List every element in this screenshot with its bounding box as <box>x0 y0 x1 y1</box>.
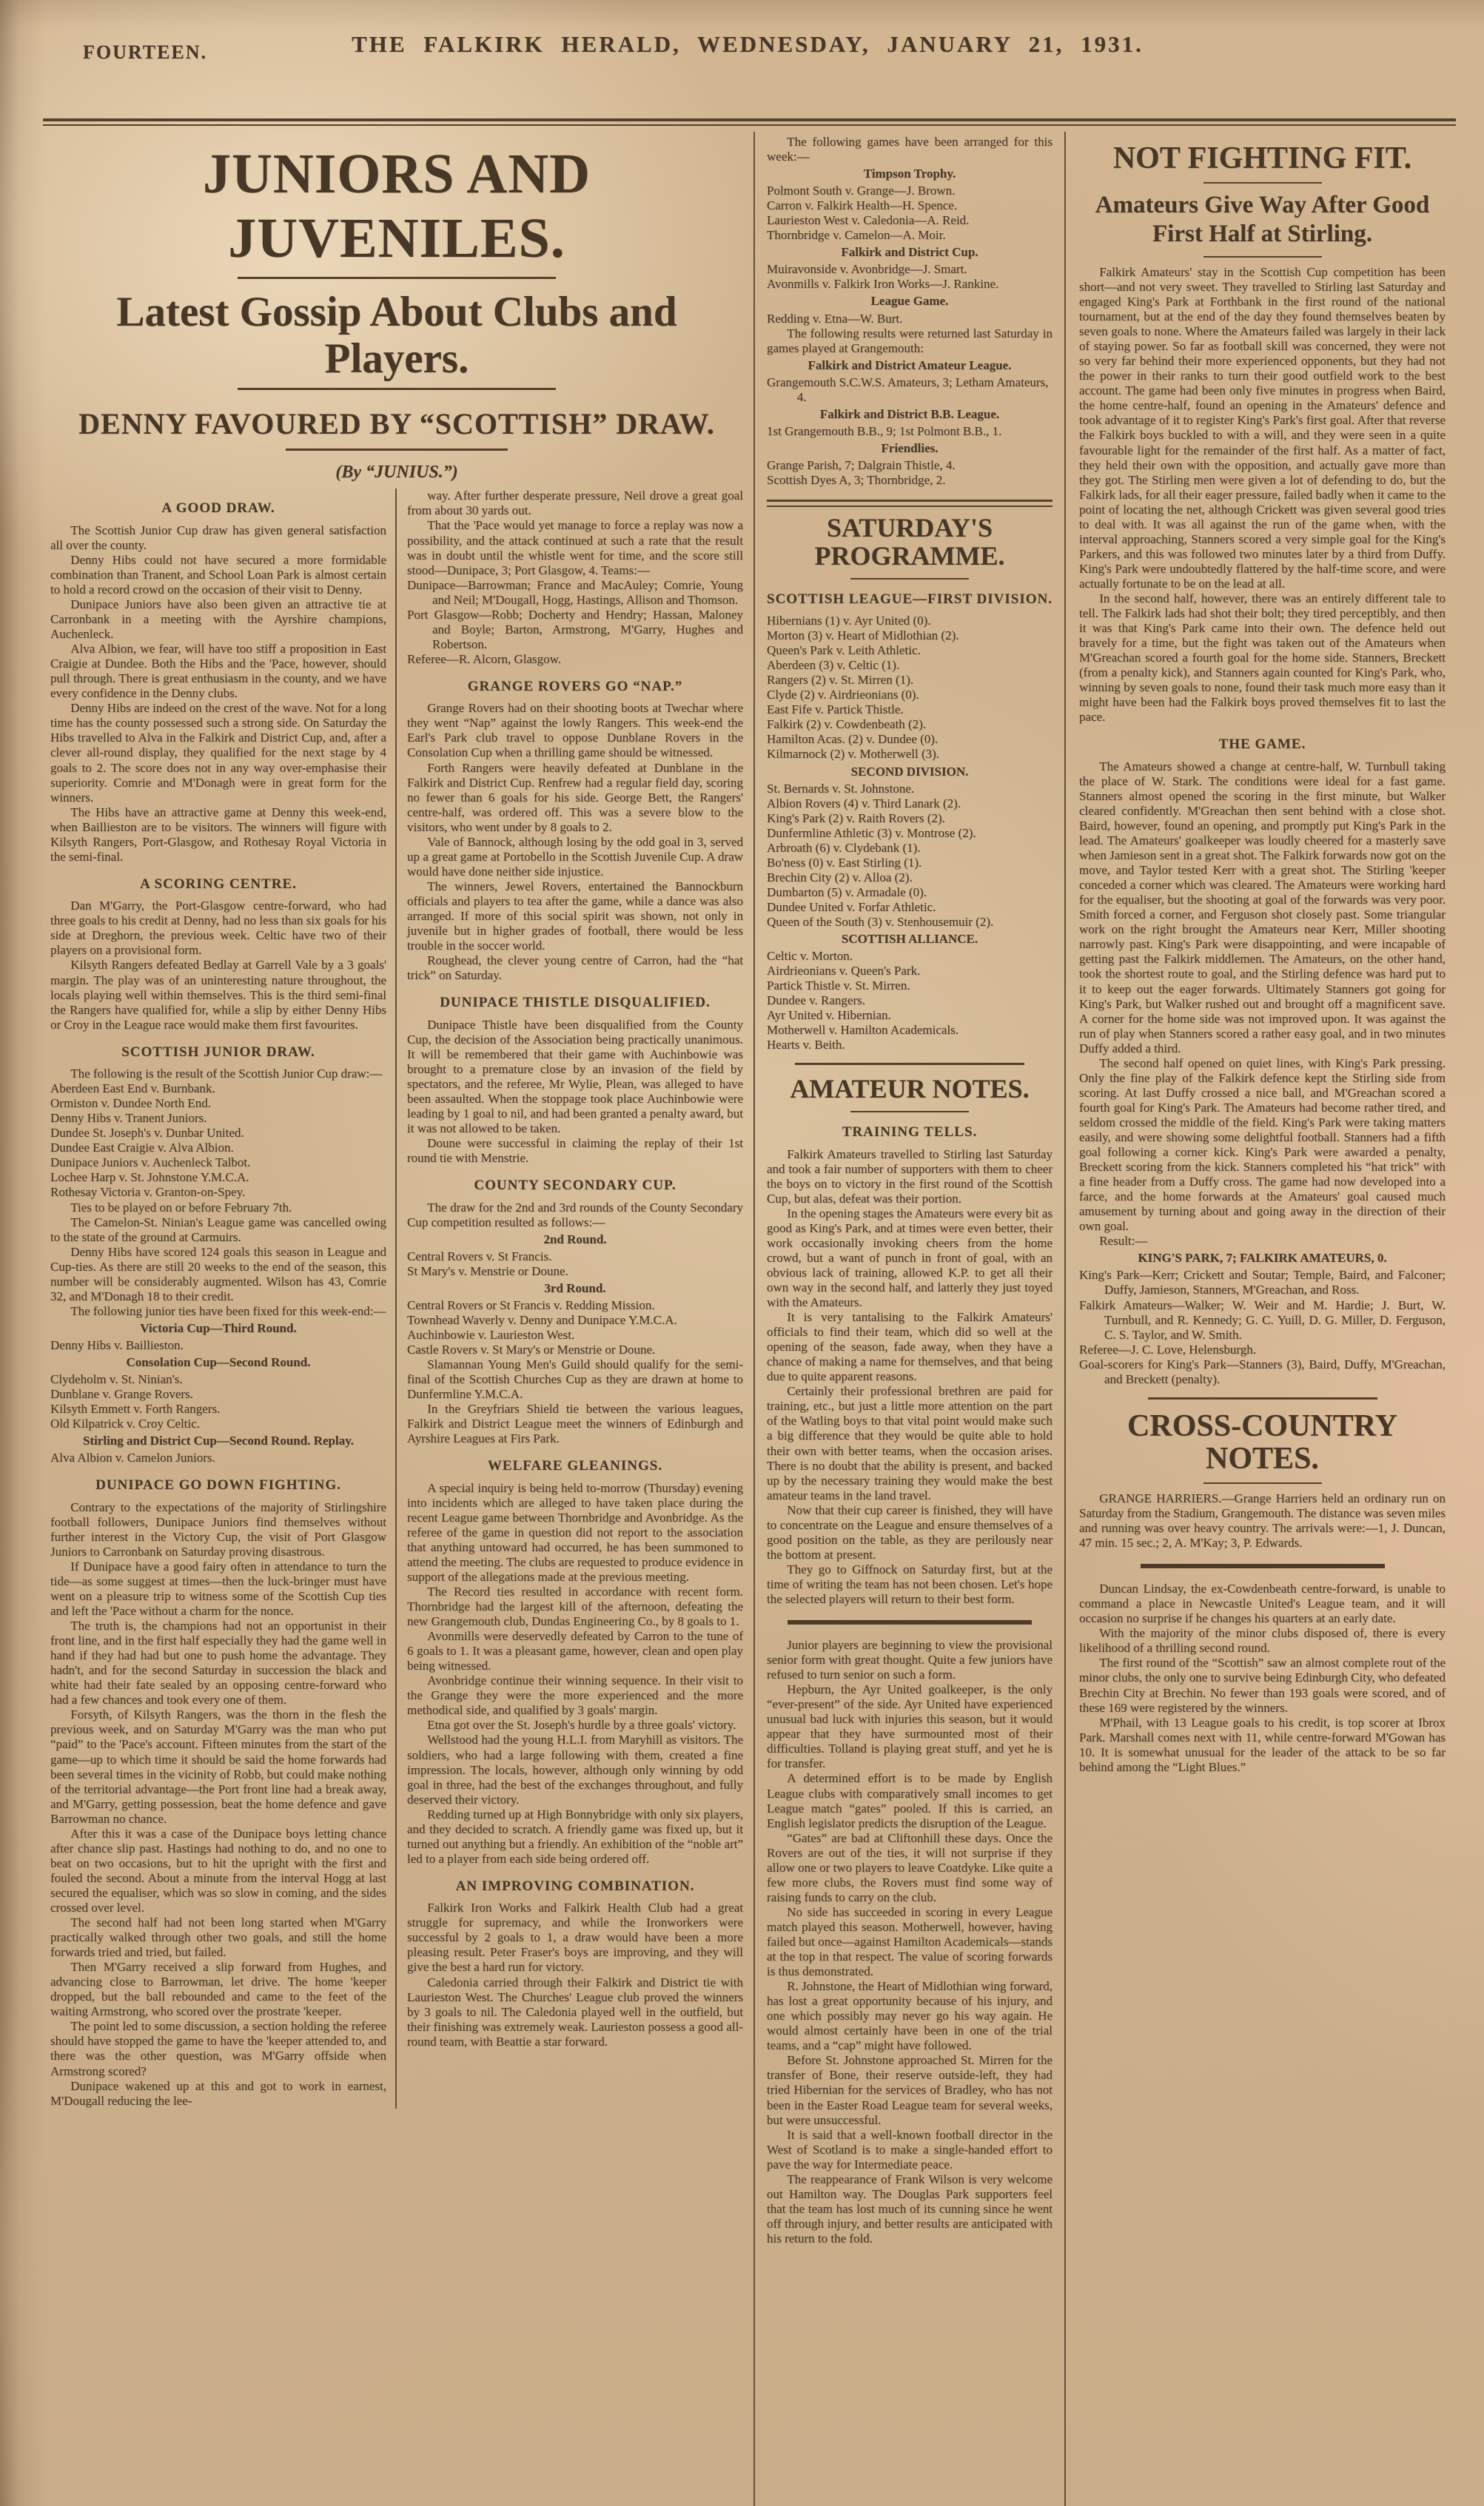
group-heading: Falkirk and District B.B. League. <box>767 407 1052 422</box>
fixture-line: Rothesay Victoria v. Granton-on-Spey. <box>50 1185 386 1200</box>
paragraph: Alva Albion, we fear, will have too stif… <box>50 642 386 701</box>
article-heading: SATURDAY'S PROGRAMME. <box>767 514 1052 571</box>
fixture-line: Dundee v. Rangers. <box>767 993 1052 1008</box>
section-subhead: SCOTTISH LEAGUE—FIRST DIVISION. <box>767 591 1052 608</box>
paragraph: Denny Hibs could not have secured a more… <box>50 553 386 597</box>
fixture-line: Celtic v. Morton. <box>767 949 1052 964</box>
team-line: Falkirk Amateurs—Walker; W. Weir and M. … <box>1079 1298 1446 1343</box>
paragraph: Vale of Bannock, although losing by the … <box>407 835 743 879</box>
paragraph: The draw for the 2nd and 3rd rounds of t… <box>407 1200 743 1230</box>
divider-rule <box>1203 256 1322 258</box>
paragraph: Falkirk Amateurs travelled to Stirling l… <box>767 1147 1052 1206</box>
section-subhead: TRAINING TELLS. <box>767 1124 1052 1141</box>
column-right: NOT FIGHTING FIT.Amateurs Give Way After… <box>1066 132 1448 2506</box>
group-heading: Stirling and District Cup—Second Round. … <box>50 1434 386 1448</box>
paragraph: The Record ties resulted in accordance w… <box>407 1585 743 1629</box>
paragraph: The following games have been arranged f… <box>767 135 1052 164</box>
divider-rule <box>1203 1482 1322 1484</box>
paragraph: Result:— <box>1079 1234 1446 1249</box>
team-line: Dunipace—Barrowman; France and MacAuley;… <box>407 578 743 608</box>
article-heading: CROSS-COUNTRY NOTES. <box>1079 1410 1446 1475</box>
column-left-1: A GOOD DRAW.The Scottish Junior Cup draw… <box>50 488 397 2108</box>
fixture-line: East Fife v. Partick Thistle. <box>767 702 1052 717</box>
newspaper-page: FOURTEEN. THE FALKIRK HERALD, WEDNESDAY,… <box>0 0 1484 2506</box>
section-subhead: SCOTTISH JUNIOR DRAW. <box>50 1044 386 1061</box>
paragraph: Falkirk Iron Works and Falkirk Health Cl… <box>407 1901 743 1975</box>
fixture-line: Clydeholm v. St. Ninian's. <box>50 1372 386 1387</box>
paragraph: Avonmills were deservedly defeated by Ca… <box>407 1629 743 1673</box>
paragraph: In the Greyfriars Shield tie between the… <box>407 1402 743 1446</box>
divider-rule <box>286 449 508 451</box>
team-line: Referee—R. Alcorn, Glasgow. <box>407 652 743 667</box>
lead-article-columns: A GOOD DRAW.The Scottish Junior Cup draw… <box>50 488 743 2108</box>
divider-rule <box>238 277 556 279</box>
fixture-line: Denny Hibs v. Baillieston. <box>50 1338 386 1353</box>
fixture-line: Motherwell v. Hamilton Academicals. <box>767 1023 1052 1038</box>
group-heading: SCOTTISH ALLIANCE. <box>767 932 1052 947</box>
paragraph: Hepburn, the Ayr United goalkeeper, is t… <box>767 1682 1052 1771</box>
paragraph: The following is the result of the Scott… <box>50 1066 386 1081</box>
group-heading: 2nd Round. <box>407 1232 743 1247</box>
paragraph: Now that their cup career is finished, t… <box>767 1503 1052 1562</box>
fixture-line: Denny Hibs v. Tranent Juniors. <box>50 1111 386 1126</box>
paragraph: Contrary to the expectations of the majo… <box>50 1500 386 1559</box>
section-subhead: AN IMPROVING COMBINATION. <box>407 1878 743 1895</box>
paragraph: way. After further desperate pressure, N… <box>407 488 743 518</box>
fixture-line: Muiravonside v. Avonbridge—J. Smart. <box>767 262 1052 277</box>
paragraph: Dan M'Garry, the Port-Glasgow centre-for… <box>50 898 386 958</box>
fixture-line: Airdrieonians v. Queen's Park. <box>767 964 1052 978</box>
fixture-line: Dundee United v. Forfar Athletic. <box>767 900 1052 915</box>
section-subhead: COUNTY SECONDARY CUP. <box>407 1178 743 1194</box>
lead-article-block: JUNIORS AND JUVENILES. Latest Gossip Abo… <box>50 132 755 2506</box>
fixture-line: Auchinbowie v. Laurieston West. <box>407 1328 743 1343</box>
paragraph: The second half had not been long starte… <box>50 1915 386 1960</box>
fixture-line: Bo'ness (0) v. East Stirling (1). <box>767 856 1052 870</box>
paragraph: Grange Rovers had on their shooting boot… <box>407 701 743 760</box>
fixture-line: 1st Grangemouth B.B., 9; 1st Polmont B.B… <box>767 424 1052 439</box>
fixture-line: Alva Albion v. Camelon Juniors. <box>50 1451 386 1465</box>
divider-rule <box>850 578 969 580</box>
group-heading: Consolation Cup—Second Round. <box>50 1355 386 1370</box>
paragraph: The Scottish Junior Cup draw has given g… <box>50 523 386 553</box>
team-line: Referee—J. C. Love, Helensburgh. <box>1079 1343 1446 1357</box>
fixture-line: Dumbarton (5) v. Armadale (0). <box>767 885 1052 900</box>
header-rule <box>43 118 1456 126</box>
paragraph: Redding turned up at High Bonnybridge wi… <box>407 1807 743 1867</box>
group-heading: SECOND DIVISION. <box>767 765 1052 779</box>
paragraph: The truth is, the champions had not an o… <box>50 1619 386 1707</box>
paragraph: R. Johnstone, the Heart of Midlothian wi… <box>767 1979 1052 2053</box>
fixture-line: Aberdeen East End v. Burnbank. <box>50 1081 386 1096</box>
divider-rule <box>795 1063 1024 1065</box>
fixture-line: Dunipace Juniors v. Auchenleck Talbot. <box>50 1155 386 1170</box>
fixture-line: St Mary's v. Menstrie or Doune. <box>407 1264 743 1279</box>
fixture-line: Old Kilpatrick v. Croy Celtic. <box>50 1417 386 1431</box>
fixture-line: Morton (3) v. Heart of Midlothian (2). <box>767 628 1052 643</box>
fixture-line: Central Rovers or St Francis v. Redding … <box>407 1298 743 1313</box>
paragraph: Etna got over the St. Joseph's hurdle by… <box>407 1718 743 1733</box>
paragraph: M'Phail, with 13 League goals to his cre… <box>1079 1716 1446 1775</box>
paragraph: It is very tantalising to the Falkirk Am… <box>767 1310 1052 1384</box>
fixture-line: King's Park (2) v. Raith Rovers (2). <box>767 811 1052 826</box>
group-heading: Falkirk and District Amateur League. <box>767 358 1052 373</box>
paragraph: Dunipace Thistle have been disqualified … <box>407 1018 743 1136</box>
fixture-line: Avonmills v. Falkirk Iron Works—J. Ranki… <box>767 277 1052 292</box>
paragraph: The first round of the “Scottish” saw an… <box>1079 1656 1446 1715</box>
paragraph: Duncan Lindsay, the ex-Cowdenbeath centr… <box>1079 1582 1446 1626</box>
page-header: FOURTEEN. THE FALKIRK HERALD, WEDNESDAY,… <box>44 31 1451 83</box>
paragraph: The second half opened on quiet lines, w… <box>1079 1056 1446 1234</box>
fixture-line: Kilmarnock (2) v. Motherwell (3). <box>767 747 1052 762</box>
fixture-line: Brechin City (2) v. Alloa (2). <box>767 870 1052 885</box>
paragraph: After this it was a case of the Dunipace… <box>50 1827 386 1915</box>
column-left-2: way. After further desperate pressure, N… <box>397 488 743 2108</box>
fixture-line: Polmont South v. Grange—J. Brown. <box>767 184 1052 198</box>
paragraph: Before St. Johnstone approached St. Mirr… <box>767 2053 1052 2127</box>
paragraph: The reappearance of Frank Wilson is very… <box>767 2172 1052 2246</box>
fixture-line: Hamilton Acas. (2) v. Dundee (0). <box>767 732 1052 747</box>
fixture-line: Clyde (2) v. Airdrieonians (0). <box>767 688 1052 702</box>
fixture-line: Kilsyth Emmett v. Forth Rangers. <box>50 1402 386 1417</box>
masthead: THE FALKIRK HERALD, WEDNESDAY, JANUARY 2… <box>44 31 1451 58</box>
fixture-line: Carron v. Falkirk Health—H. Spence. <box>767 198 1052 213</box>
group-heading: League Game. <box>767 294 1052 309</box>
group-heading: Falkirk and District Cup. <box>767 245 1052 260</box>
fixture-line: St. Bernards v. St. Johnstone. <box>767 782 1052 796</box>
divider-rule <box>767 500 1052 507</box>
paragraph: Denny Hibs have scored 124 goals this se… <box>50 1245 386 1304</box>
article-heading: NOT FIGHTING FIT. <box>1079 142 1446 175</box>
fixture-line: Redding v. Etna—W. Burt. <box>767 312 1052 326</box>
lead-subheadline: Latest Gossip About Clubs and Players. <box>80 289 714 382</box>
paragraph: Junior players are beginning to view the… <box>767 1638 1052 1682</box>
section-subhead: DUNIPACE THISTLE DISQUALIFIED. <box>407 995 743 1011</box>
fixture-line: Queen's Park v. Leith Athletic. <box>767 643 1052 658</box>
paragraph: Roughead, the clever young centre of Car… <box>407 953 743 983</box>
paragraph: Dunipace Juniors have also been given an… <box>50 597 386 642</box>
paragraph: Kilsyth Rangers defeated Bedlay at Garre… <box>50 958 386 1032</box>
paragraph: A special inquiry is being held to-morro… <box>407 1481 743 1585</box>
divider-rule <box>1141 1564 1385 1568</box>
paragraph: That the 'Pace would yet manage to force… <box>407 518 743 577</box>
page-number: FOURTEEN. <box>83 41 207 64</box>
fixture-line: Townhead Waverly v. Denny and Dunipace Y… <box>407 1313 743 1328</box>
fixture-line: Thornbridge v. Camelon—A. Moir. <box>767 228 1052 243</box>
paragraph: In the second half, however, there was a… <box>1079 591 1446 725</box>
fixture-line: Grangemouth S.C.W.S. Amateurs, 3; Letham… <box>767 375 1052 405</box>
fixture-line: Dunfermline Athletic (3) v. Montrose (2)… <box>767 826 1052 841</box>
group-heading: Friendlies. <box>767 441 1052 456</box>
paragraph: “Gates” are bad at Cliftonhill these day… <box>767 1831 1052 1905</box>
divider-rule <box>238 388 556 390</box>
page-content: JUNIORS AND JUVENILES. Latest Gossip Abo… <box>50 132 1448 2506</box>
fixture-line: Aberdeen (3) v. Celtic (1). <box>767 658 1052 673</box>
paragraph: The Camelon-St. Ninian's League game was… <box>50 1215 386 1245</box>
team-line: King's Park—Kerr; Crickett and Soutar; T… <box>1079 1268 1446 1297</box>
lead-headline: JUNIORS AND JUVENILES. <box>50 142 743 271</box>
paragraph: Avonbridge continue their winning sequen… <box>407 1673 743 1718</box>
group-heading: Victoria Cup—Third Round. <box>50 1321 386 1336</box>
paragraph: Caledonia carried through their Falkirk … <box>407 1975 743 2049</box>
paragraph: Ties to be played on or before February … <box>50 1200 386 1215</box>
paragraph: In the opening stages the Amateurs were … <box>767 1206 1052 1310</box>
section-subhead: DUNIPACE GO DOWN FIGHTING. <box>50 1477 386 1494</box>
fixture-line: Laurieston West v. Caledonia—A. Reid. <box>767 213 1052 228</box>
fixture-line: Albion Rovers (4) v. Third Lanark (2). <box>767 796 1052 811</box>
paragraph: Dunipace wakened up at this and got to w… <box>50 2079 386 2109</box>
fixture-line: Castle Rovers v. St Mary's or Menstrie o… <box>407 1343 743 1357</box>
paragraph: Falkirk Amateurs' stay in the Scottish C… <box>1079 265 1446 591</box>
paragraph: Denny Hibs are indeed on the crest of th… <box>50 701 386 804</box>
divider-rule <box>788 1620 1032 1625</box>
fixture-line: Hearts v. Beith. <box>767 1038 1052 1052</box>
team-line: Port Glasgow—Robb; Docherty and Hendry; … <box>407 608 743 652</box>
fixture-line: Central Rovers v. St Francis. <box>407 1249 743 1264</box>
paragraph: They go to Giffnock on Saturday first, b… <box>767 1562 1052 1607</box>
paragraph: Then M'Garry received a slip forward fro… <box>50 1960 386 2019</box>
paragraph: A determined effort is to be made by Eng… <box>767 1771 1052 1830</box>
paragraph: It is said that a well-known football di… <box>767 2128 1052 2172</box>
paragraph: Doune were successful in claiming the re… <box>407 1136 743 1166</box>
paragraph: The winners, Jewel Rovers, entertained t… <box>407 879 743 953</box>
paragraph: With the majority of the minor clubs dis… <box>1079 1626 1446 1656</box>
section-subhead: A SCORING CENTRE. <box>50 876 386 893</box>
paragraph: Forsyth, of Kilsyth Rangers, was the tho… <box>50 1707 386 1826</box>
fixture-line: Rangers (2) v. St. Mirren (1). <box>767 673 1052 688</box>
fixture-line: Partick Thistle v. St. Mirren. <box>767 978 1052 993</box>
column-middle: The following games have been arranged f… <box>755 132 1066 2506</box>
paragraph: Wellstood had the young H.L.I. from Mary… <box>407 1733 743 1807</box>
fixture-line: Falkirk (2) v. Cowdenbeath (2). <box>767 717 1052 732</box>
section-subhead: A GOOD DRAW. <box>50 500 386 517</box>
paragraph: Certainly their professional brethren ar… <box>767 1384 1052 1502</box>
paragraph: Forth Rangers were heavily defeated at D… <box>407 761 743 835</box>
divider-rule <box>850 1111 969 1112</box>
fixture-line: Dunblane v. Grange Rovers. <box>50 1387 386 1402</box>
fixture-line: Hibernians (1) v. Ayr United (0). <box>767 614 1052 628</box>
group-heading: 3rd Round. <box>407 1281 743 1296</box>
fixture-line: Ormiston v. Dundee North End. <box>50 1096 386 1111</box>
byline: (By “JUNIUS.”) <box>50 463 743 483</box>
paragraph: Slamannan Young Men's Guild should quali… <box>407 1357 743 1402</box>
paragraph: The following results were returned last… <box>767 326 1052 356</box>
section-subhead: THE GAME. <box>1079 736 1446 753</box>
paragraph: If Dunipace have a good fairy often in a… <box>50 1559 386 1619</box>
fixture-line: Ayr United v. Hibernian. <box>767 1008 1052 1023</box>
group-heading: Timpson Trophy. <box>767 167 1052 181</box>
section-subhead: WELFARE GLEANINGS. <box>407 1458 743 1474</box>
divider-rule <box>1148 1397 1377 1400</box>
article-subheading: Amateurs Give Way After Good First Half … <box>1079 191 1446 249</box>
team-line: Goal-scorers for King's Park—Stanners (3… <box>1079 1357 1446 1387</box>
group-heading: KING'S PARK, 7; FALKIRK AMATEURS, 0. <box>1079 1251 1446 1266</box>
fixture-line: Grange Parish, 7; Dalgrain Thistle, 4. <box>767 458 1052 473</box>
paragraph: The Hibs have an attractive game at Denn… <box>50 805 386 864</box>
fixture-line: Queen of the South (3) v. Stenhousemuir … <box>767 915 1052 930</box>
fixture-line: Lochee Harp v. St. Johnstone Y.M.C.A. <box>50 1170 386 1185</box>
paragraph: The point led to some discussion, a sect… <box>50 2019 386 2078</box>
paragraph: The following junior ties have been fixe… <box>50 1304 386 1319</box>
fixture-line: Scottish Dyes A, 3; Thornbridge, 2. <box>767 473 1052 488</box>
paragraph: The Amateurs showed a change at centre-h… <box>1079 759 1446 1056</box>
lead-deck: DENNY FAVOURED BY “SCOTTISH” DRAW. <box>50 406 743 441</box>
paragraph: No side has succeeded in scoring in ever… <box>767 1905 1052 1979</box>
fixture-line: Dundee St. Joseph's v. Dunbar United. <box>50 1126 386 1141</box>
fixture-line: Arbroath (6) v. Clydebank (1). <box>767 841 1052 856</box>
section-subhead: GRANGE ROVERS GO “NAP.” <box>407 679 743 695</box>
fixture-line: Dundee East Craigie v. Alva Albion. <box>50 1141 386 1155</box>
divider-rule <box>1203 182 1322 184</box>
paragraph: GRANGE HARRIERS.—Grange Harriers held an… <box>1079 1491 1446 1551</box>
article-heading: AMATEUR NOTES. <box>767 1075 1052 1103</box>
